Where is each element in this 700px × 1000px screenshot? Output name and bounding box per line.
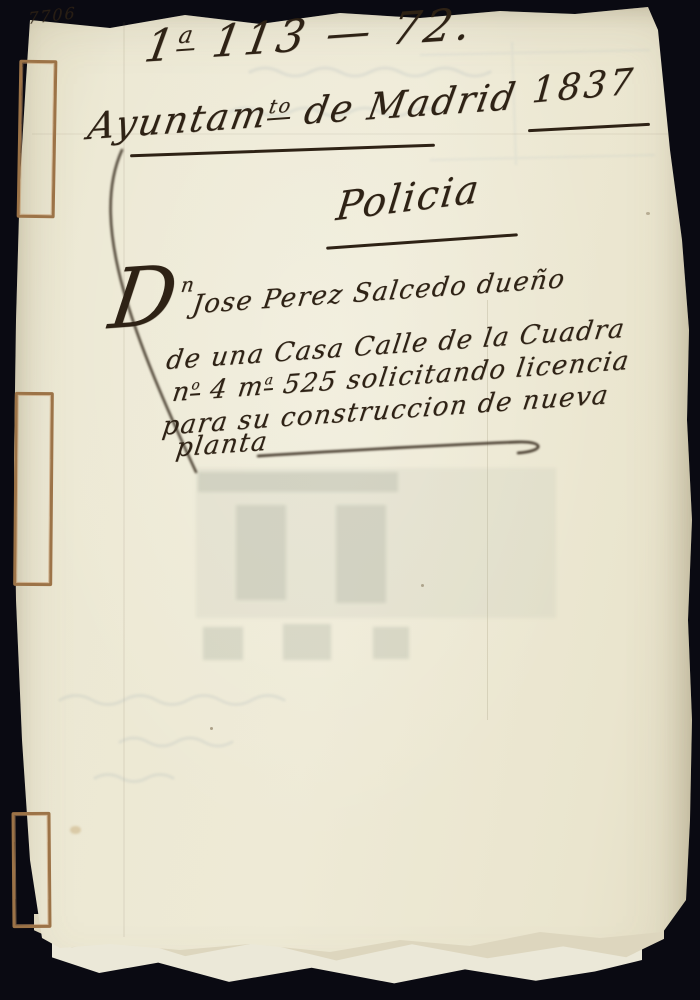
paper-speck	[646, 212, 650, 215]
paper-speck	[210, 727, 213, 730]
manuscript-scan: 7706 1a 113 — 72. Ayuntamto de Madrid 18…	[0, 0, 700, 1000]
paper-stain	[70, 826, 81, 834]
binding-stitch-top	[17, 60, 58, 219]
paper-speck	[421, 584, 424, 587]
line3-part2: 4 m	[198, 371, 266, 406]
bleedthrough-writing	[0, 0, 700, 1000]
binding-stitch-middle	[13, 392, 54, 586]
planta-flourish-line	[258, 442, 538, 456]
drop-cap-initial: D	[106, 261, 183, 336]
binding-stitch-bottom	[11, 812, 51, 928]
